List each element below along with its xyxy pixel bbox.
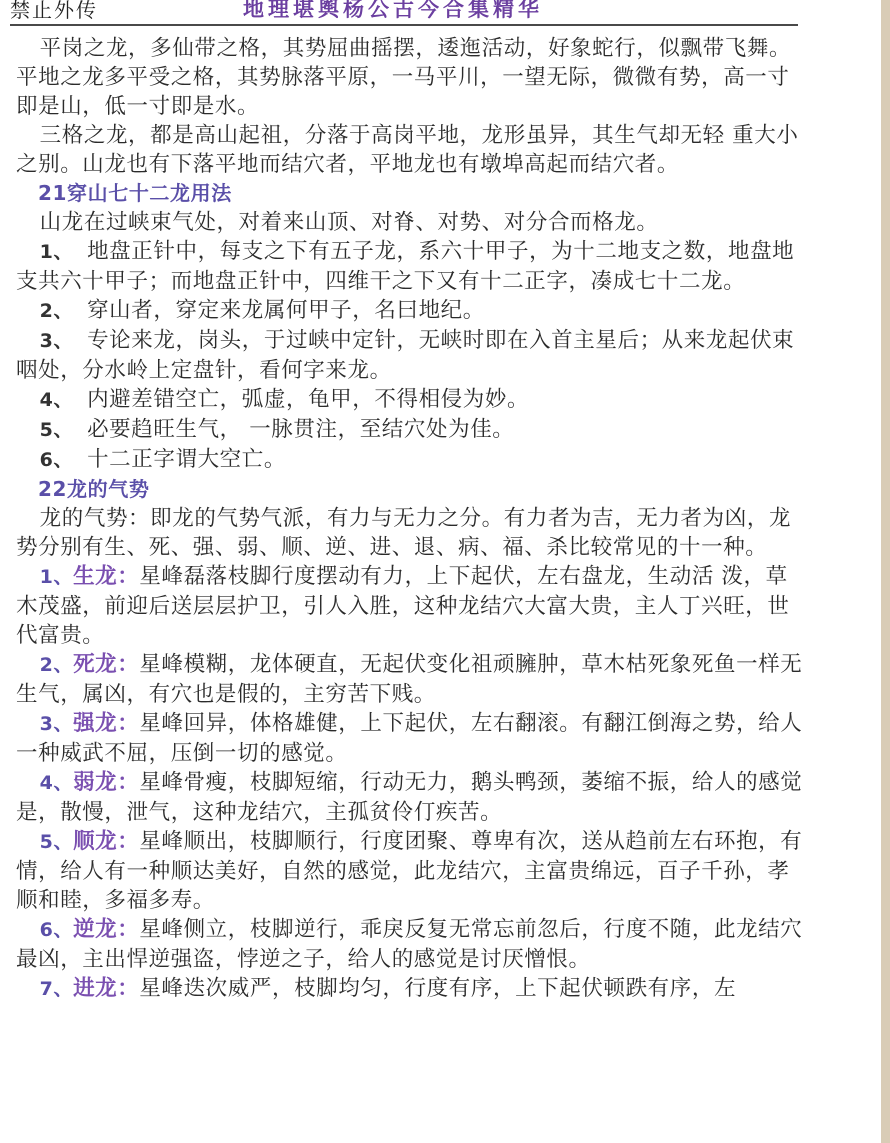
dragon-type-item: 4、弱龙：星峰骨瘦，枝脚短缩，行动无力，鹅头鸭颈，萎缩不振，给人的感觉是，散慢，… [16,768,806,827]
item-text: 星峰迭次威严，枝脚均匀，行度有序，上下起伏顿跌有序，左 [139,976,736,1001]
intro-paragraph-1: 平岗之龙，多仙带之格，其势屈曲摇摆，逶迤活动，好象蛇行，似飘带飞舞。 平地之龙多… [16,34,806,121]
dragon-type-label: 逆龙： [73,917,139,942]
item-number: 4、 [40,772,73,794]
item-number: 2、 [40,300,73,322]
dragon-type-label: 强龙： [73,711,139,736]
document-body: 平岗之龙，多仙带之格，其势屈曲摇摆，逶迤活动，好象蛇行，似飘带飞舞。 平地之龙多… [16,34,806,1004]
item-text: 内避差错空亡，弧虚，龟甲，不得相侵为妙。 [87,387,529,412]
document-page: 禁止外传 地理堪舆杨公古今合集精华 平岗之龙，多仙带之格，其势屈曲摇摆，逶迤活动… [0,0,876,1143]
page-header: 禁止外传 地理堪舆杨公古今合集精华 [0,0,800,34]
section-21-heading: 21穿山七十二龙用法 [16,179,806,208]
page-edge-border [881,0,890,1143]
item-number: 7、 [40,978,73,1000]
item-number: 2、 [40,654,73,676]
header-title: 地理堪舆杨公古今合集精华 [243,0,543,23]
dragon-type-label: 弱龙： [73,770,139,795]
item-number: 6、 [40,449,73,471]
item-number: 5、 [40,419,73,441]
item-text: 十二正字谓大空亡。 [87,447,286,472]
item-number: 1、 [40,566,73,588]
section-21-item: 5、必要趋旺生气， 一脉贯注，至结穴处为佳。 [16,415,806,445]
section-21-item: 3、专论来龙，岗头，于过峡中定针，无峡时即在入首主星后；从来龙起伏束咽处，分水岭… [16,326,806,385]
intro-paragraph-2: 三格之龙，都是高山起祖，分落于高岗平地，龙形虽异，其生气却无轻 重大小之别。山龙… [16,121,806,179]
item-text: 穿山者，穿定来龙属何甲子，名曰地纪。 [87,298,485,323]
dragon-type-label: 顺龙： [73,829,139,854]
item-text: 专论来龙，岗头，于过峡中定针，无峡时即在入首主星后；从来龙起伏束咽处，分水岭上定… [16,328,794,383]
dragon-type-label: 生龙： [73,564,139,589]
item-number: 1、 [40,241,73,263]
item-number: 6、 [40,919,73,941]
dragon-type-item: 7、进龙：星峰迭次威严，枝脚均匀，行度有序，上下起伏顿跌有序，左 [16,974,806,1004]
section-21-item: 2、穿山者，穿定来龙属何甲子，名曰地纪。 [16,296,806,326]
header-left-label: 禁止外传 [10,0,98,23]
section-21-item: 1、地盘正针中，每支之下有五子龙，系六十甲子，为十二地支之数，地盘地支共六十甲子… [16,237,806,296]
dragon-type-item: 3、强龙：星峰回异，体格雄健，上下起伏，左右翻滚。有翻江倒海之势，给人一种威武不… [16,709,806,768]
section-21-item: 4、内避差错空亡，弧虚，龟甲，不得相侵为妙。 [16,385,806,415]
dragon-type-label: 死龙： [73,652,139,677]
item-number: 4、 [40,389,73,411]
section-21-intro: 山龙在过峡束气处，对着来山顶、对脊、对势、对分合而格龙。 [16,208,806,237]
item-number: 3、 [40,330,73,352]
item-text: 地盘正针中，每支之下有五子龙，系六十甲子，为十二地支之数，地盘地支共六十甲子；而… [16,239,794,294]
section-22-heading: 22龙的气势 [16,475,806,504]
section-22-intro: 龙的气势：即龙的气势气派，有力与无力之分。有力者为吉，无力者为凶，龙势分别有生、… [16,504,806,562]
header-divider [10,24,798,26]
item-number: 5、 [40,831,73,853]
dragon-type-item: 6、逆龙：星峰侧立，枝脚逆行，乖戾反复无常忘前忽后，行度不随，此龙结穴最凶，主出… [16,915,806,974]
item-text: 必要趋旺生气， 一脉贯注，至结穴处为佳。 [87,417,514,442]
item-number: 3、 [40,713,73,735]
page-edge [876,0,890,1143]
dragon-type-item: 1、生龙：星峰磊落枝脚行度摆动有力，上下起伏，左右盘龙，生动活 泼，草木茂盛，前… [16,562,806,650]
dragon-type-item: 5、顺龙：星峰顺出，枝脚顺行，行度团聚、尊卑有次，送从趋前左右环抱，有情，给人有… [16,827,806,915]
section-21-item: 6、十二正字谓大空亡。 [16,445,806,475]
dragon-type-item: 2、死龙：星峰模糊，龙体硬直，无起伏变化祖顽臃肿，草木枯死象死鱼一样无生气，属凶… [16,650,806,709]
dragon-type-label: 进龙： [73,976,139,1001]
